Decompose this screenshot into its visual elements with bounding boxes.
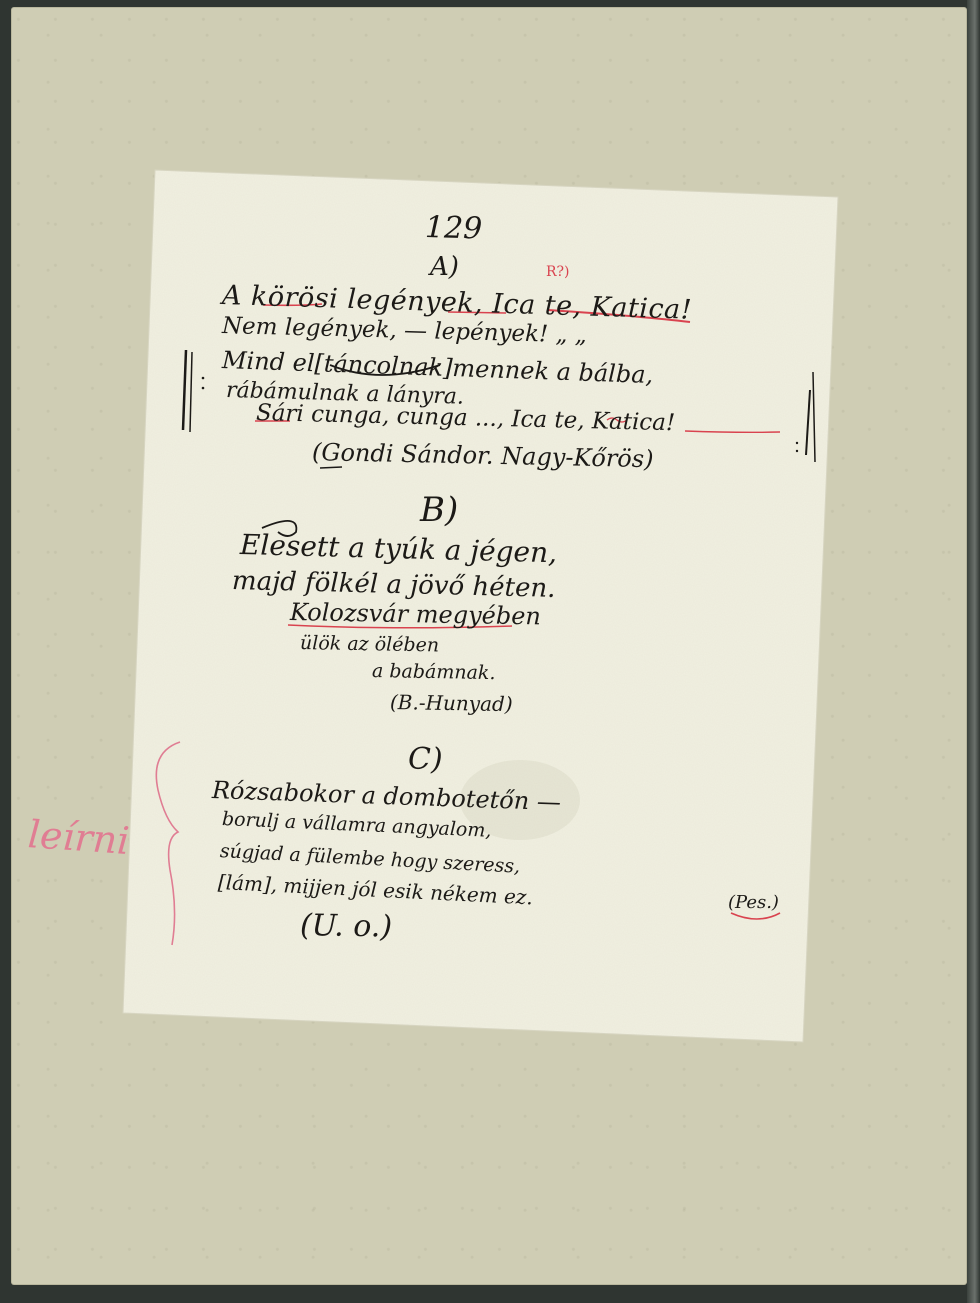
section-b-line-3: Kolozsvár megyében	[290, 598, 541, 630]
section-a-label: A)	[430, 252, 459, 282]
section-c-inline-source: (Pes.)	[728, 892, 779, 913]
section-b-label: B)	[420, 490, 458, 530]
section-b-source: (B.-Hunyad)	[390, 690, 513, 716]
section-c-label: C)	[408, 742, 443, 777]
red-annotation-r: R?)	[546, 264, 570, 280]
page-number: 129	[425, 210, 483, 246]
manuscript-paper	[0, 0, 980, 1303]
section-b-line-5: a babámnak.	[372, 660, 496, 684]
section-c-source: (U. o.)	[300, 908, 393, 945]
section-b-line-4: ülök az ölében	[300, 632, 439, 656]
margin-note-leirni: leírni	[26, 812, 130, 863]
